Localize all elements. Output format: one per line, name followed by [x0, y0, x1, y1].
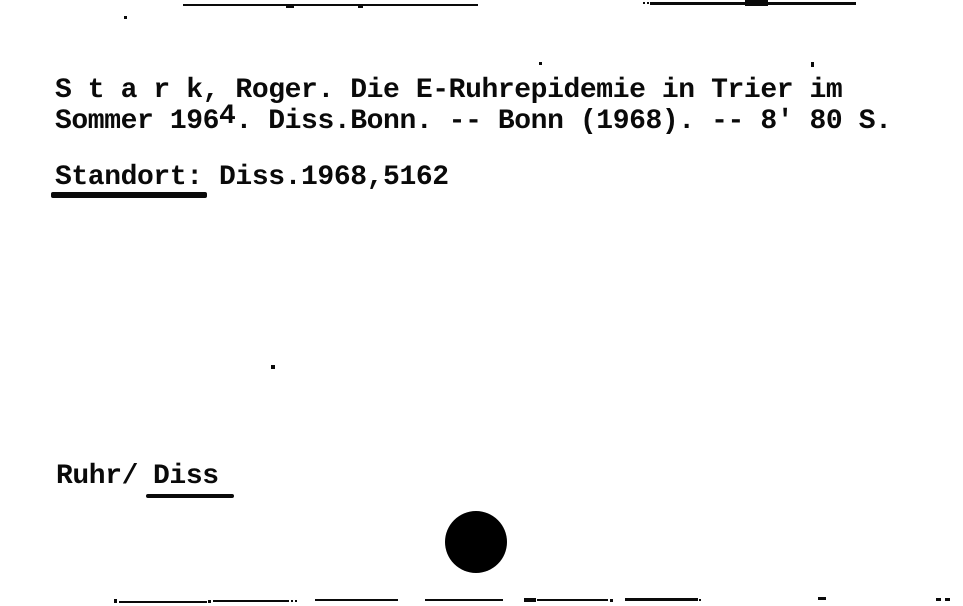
standort-label: Standort: [55, 162, 203, 193]
scan-speck [811, 62, 814, 67]
bottom-edge-dash [315, 599, 398, 601]
bottom-edge-dot [291, 600, 293, 602]
entry-line-2-pre: Sommer 196 [55, 106, 219, 137]
top-edge-blob [745, 0, 768, 6]
punch-hole-icon [445, 511, 507, 573]
footer-line: Ruhr/Diss [56, 463, 219, 491]
bottom-edge-dash [119, 601, 207, 603]
scan-speck [124, 16, 127, 19]
bottom-edge-dash [537, 599, 608, 601]
scan-speck [647, 2, 649, 4]
bottom-edge-dot [208, 600, 211, 603]
entry-line-2: Sommer 1964. Diss.Bonn. -- Bonn (1968). … [55, 108, 892, 136]
bottom-edge-dash [945, 598, 950, 601]
top-edge-notch [286, 6, 294, 8]
top-edge-notch [358, 6, 363, 8]
bottom-edge-dot [699, 599, 701, 601]
bottom-edge-dash [213, 600, 289, 602]
top-edge-line-left [183, 4, 478, 6]
footer-prefix: Ruhr/ [56, 461, 138, 492]
standort-underline [51, 192, 207, 198]
bottom-edge-tick [114, 599, 117, 603]
scan-speck [539, 62, 542, 65]
scan-speck [271, 365, 275, 369]
shelfmark-underline [146, 494, 234, 498]
bottom-edge-dash [425, 599, 503, 601]
raised-digit: 4 [219, 101, 235, 132]
catalog-card: S t a r k, Roger. Die E-Ruhrepidemie in … [0, 0, 963, 606]
scan-speck [643, 2, 645, 4]
bottom-edge-dot [295, 600, 297, 602]
entry-line-1: S t a r k, Roger. Die E-Ruhrepidemie in … [55, 77, 842, 105]
bottom-edge-tick [524, 598, 536, 602]
bottom-edge-dash [818, 597, 826, 600]
bottom-edge-dot [610, 599, 613, 602]
standort-line: Standort:Diss.1968,5162 [55, 164, 449, 192]
standort-value: Diss.1968,5162 [219, 162, 449, 193]
entry-line-2-post: . Diss.Bonn. -- Bonn (1968). -- 8' 80 S. [235, 106, 891, 137]
bottom-edge-dash [625, 598, 698, 601]
bottom-edge-dash [936, 598, 941, 601]
footer-shelfmark: Diss [153, 461, 219, 492]
